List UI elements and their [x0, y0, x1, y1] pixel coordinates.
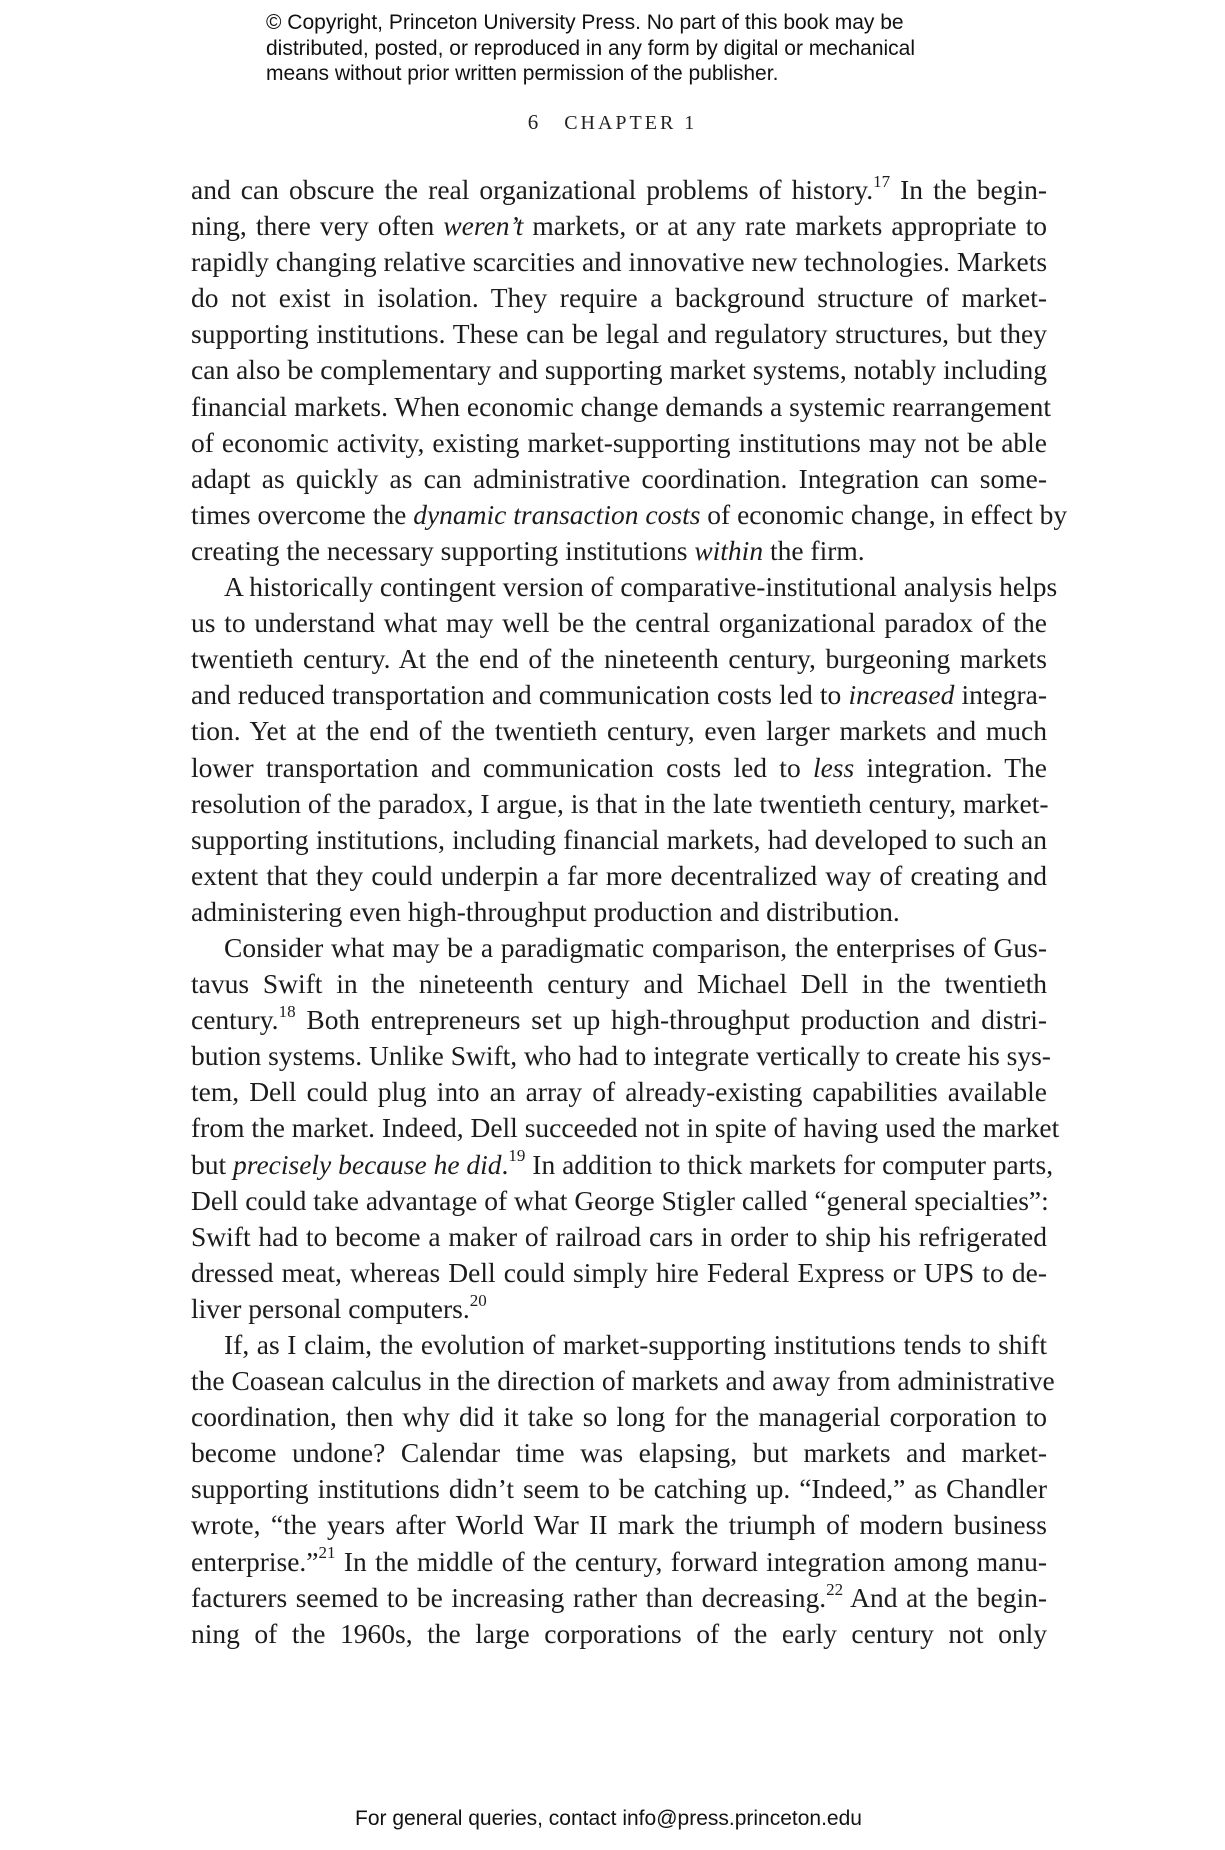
- text-line: Consider what may be a paradigmatic comp…: [191, 930, 1047, 966]
- footnote-reference: 17: [873, 172, 890, 191]
- chapter-label: CHAPTER 1: [564, 111, 697, 135]
- page-number: 6: [528, 110, 539, 134]
- text-line: financial markets. When economic change …: [191, 389, 1047, 425]
- text-line: adapt as quickly as can administrative c…: [191, 461, 1047, 497]
- text-line: twentieth century. At the end of the nin…: [191, 641, 1047, 677]
- paragraph: A historically contingent version of com…: [191, 569, 1047, 930]
- text-line: century.18 Both entrepreneurs set up hig…: [191, 1002, 1047, 1038]
- paragraph: If, as I claim, the evolution of market-…: [191, 1327, 1047, 1652]
- footnote-reference: 18: [279, 1002, 296, 1021]
- text-line: coordination, then why did it take so lo…: [191, 1399, 1047, 1435]
- text-line: can also be complementary and supporting…: [191, 352, 1047, 388]
- text-line: lower transportation and communication c…: [191, 750, 1047, 786]
- footer-text: For general queries, contact info@press.…: [355, 1807, 862, 1830]
- text-line: liver personal computers.20: [191, 1291, 1047, 1327]
- text-line: the Coasean calculus in the direction of…: [191, 1363, 1047, 1399]
- text-line: creating the necessary supporting instit…: [191, 533, 1047, 569]
- text-line: wrote, “the years after World War II mar…: [191, 1507, 1047, 1543]
- footnote-reference: 22: [826, 1580, 843, 1599]
- text-line: become undone? Calendar time was elapsin…: [191, 1435, 1047, 1471]
- text-line: from the market. Indeed, Dell succeeded …: [191, 1110, 1047, 1146]
- italic-emphasis: precisely because he did: [233, 1149, 502, 1180]
- text-line: ning, there very often weren’t markets, …: [191, 208, 1047, 244]
- text-line: tavus Swift in the nineteenth century an…: [191, 966, 1047, 1002]
- footnote-reference: 20: [470, 1291, 487, 1310]
- text-line: A historically contingent version of com…: [191, 569, 1047, 605]
- footnote-reference: 19: [508, 1146, 525, 1165]
- text-line: times overcome the dynamic transaction c…: [191, 497, 1047, 533]
- italic-emphasis: within: [694, 535, 763, 566]
- text-line: us to understand what may well be the ce…: [191, 605, 1047, 641]
- copyright-line: distributed, posted, or reproduced in an…: [266, 36, 1026, 62]
- text-line: supporting institutions. These can be le…: [191, 316, 1047, 352]
- footer-contact: For general queries, contact info@press.…: [0, 1806, 1225, 1832]
- text-line: enterprise.”21 In the middle of the cent…: [191, 1544, 1047, 1580]
- running-head: 6CHAPTER 1: [0, 110, 1225, 135]
- footnote-reference: 21: [319, 1543, 336, 1562]
- text-line: and reduced transportation and communica…: [191, 677, 1047, 713]
- text-line: tion. Yet at the end of the twentieth ce…: [191, 713, 1047, 749]
- italic-emphasis: dynamic transaction costs: [413, 499, 700, 530]
- text-line: resolution of the paradox, I argue, is t…: [191, 786, 1047, 822]
- text-line: and can obscure the real organizational …: [191, 172, 1047, 208]
- copyright-notice: © Copyright, Princeton University Press.…: [266, 10, 1026, 87]
- paragraph: and can obscure the real organizational …: [191, 172, 1047, 569]
- italic-emphasis: weren’t: [443, 210, 523, 241]
- text-line: but precisely because he did.19 In addit…: [191, 1147, 1047, 1183]
- copyright-line: means without prior written permission o…: [266, 61, 1026, 87]
- text-line: Swift had to become a maker of railroad …: [191, 1219, 1047, 1255]
- text-line: administering even high-throughput produ…: [191, 894, 1047, 930]
- text-line: dressed meat, whereas Dell could simply …: [191, 1255, 1047, 1291]
- text-line: supporting institutions didn’t seem to b…: [191, 1471, 1047, 1507]
- text-line: of economic activity, existing market-su…: [191, 425, 1047, 461]
- paragraph: Consider what may be a paradigmatic comp…: [191, 930, 1047, 1327]
- text-line: Dell could take advantage of what George…: [191, 1183, 1047, 1219]
- body-text: and can obscure the real organizational …: [191, 172, 1047, 1652]
- text-line: bution systems. Unlike Swift, who had to…: [191, 1038, 1047, 1074]
- text-line: facturers seemed to be increasing rather…: [191, 1580, 1047, 1616]
- text-line: If, as I claim, the evolution of market-…: [191, 1327, 1047, 1363]
- italic-emphasis: increased: [848, 679, 954, 710]
- text-line: extent that they could underpin a far mo…: [191, 858, 1047, 894]
- text-line: ning of the 1960s, the large corporation…: [191, 1616, 1047, 1652]
- text-line: rapidly changing relative scarcities and…: [191, 244, 1047, 280]
- text-line: supporting institutions, including finan…: [191, 822, 1047, 858]
- italic-emphasis: less: [813, 752, 854, 783]
- text-line: tem, Dell could plug into an array of al…: [191, 1074, 1047, 1110]
- text-line: do not exist in isolation. They require …: [191, 280, 1047, 316]
- copyright-line: © Copyright, Princeton University Press.…: [266, 10, 1026, 36]
